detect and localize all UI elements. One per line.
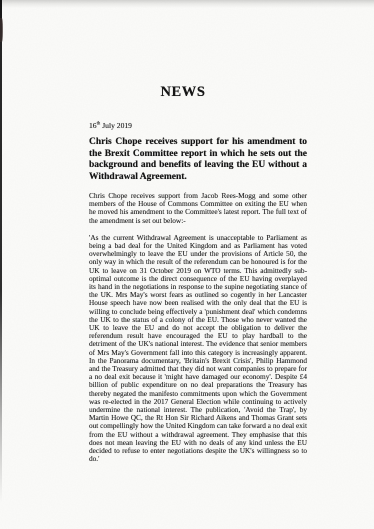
date-day: 16 <box>89 121 97 130</box>
scanned-news-page: NEWS 16th July 2019 Chris Chope receives… <box>0 0 374 529</box>
page-content: 16th July 2019 Chris Chope receives supp… <box>89 0 307 464</box>
scan-left-edge <box>0 0 2 529</box>
headline: Chris Chope receives support for his ame… <box>89 137 307 183</box>
scan-edge-artifact <box>0 18 3 42</box>
amendment-paragraph: 'As the current Withdrawal Agreement is … <box>89 234 307 464</box>
intro-paragraph: Chris Chope receives support from Jacob … <box>89 192 307 225</box>
date-month-year: July 2019 <box>100 121 132 130</box>
date-line: 16th July 2019 <box>89 121 307 130</box>
